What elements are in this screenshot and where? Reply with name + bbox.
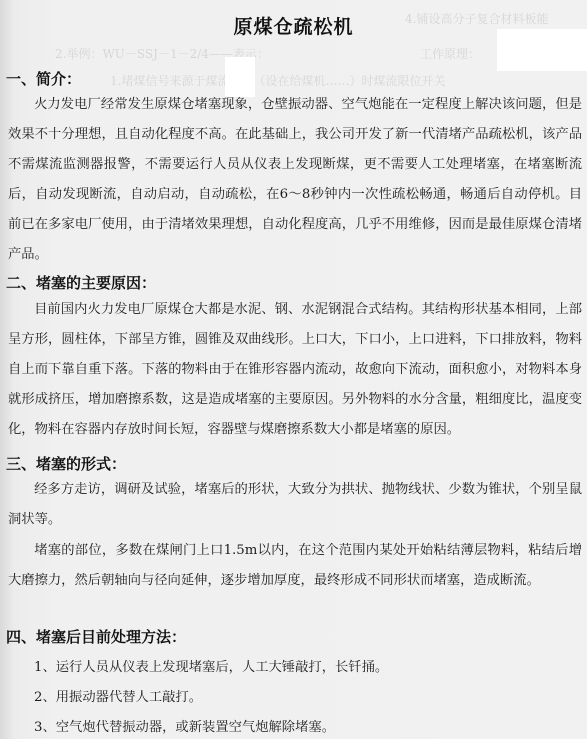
section-heading-causes: 二、堵塞的主要原因： bbox=[6, 272, 156, 293]
method-item: 1、运行人员从仪表上发现堵塞后，人工大锤敲打，长钎捅。 bbox=[34, 656, 388, 675]
bleed-through-line: 1.堵煤信号来源于煤流检测（设在给煤机……）时煤流限位开关 bbox=[110, 72, 445, 89]
method-item: 2、用振动器代替人工敲打。 bbox=[34, 686, 202, 705]
section-intro-paragraph: 火力发电厂经常发生原煤仓堵塞现象，仓壁振动器、空气炮能在一定程度上解决该问题，但… bbox=[8, 90, 582, 270]
section-causes-paragraph: 目前国内火力发电厂原煤仓大都是水泥、钢、水泥钢混合式结构。其结构形状基本相同，上… bbox=[8, 295, 582, 445]
section-heading-intro: 一、简介： bbox=[6, 68, 81, 89]
section-forms-paragraph-1: 经多方走访，调研及试验，堵塞后的形状，大致分为拱状、抛物线状、少数为锥状，个别呈… bbox=[8, 475, 582, 535]
document-title: 原煤仓疏松机 bbox=[0, 12, 587, 39]
method-item: 3、空气炮代替振动器，或新装置空气炮解除堵塞。 bbox=[34, 716, 335, 735]
section-heading-forms: 三、堵塞的形式： bbox=[6, 453, 126, 474]
section-heading-methods: 四、堵塞后目前处理方法： bbox=[6, 626, 186, 647]
section-forms-paragraph-2: 堵塞的部位，多数在煤闸门上口1.5m以内，在这个范围内某处开始粘结薄层物料，粘结… bbox=[8, 536, 582, 596]
bleed-through-line: 工作原理： bbox=[420, 45, 480, 62]
scanned-page: 4.铺设高分子复合材料板能 工作原理： 2.举例：WU－SSJ－1－2/4——表… bbox=[0, 0, 587, 739]
